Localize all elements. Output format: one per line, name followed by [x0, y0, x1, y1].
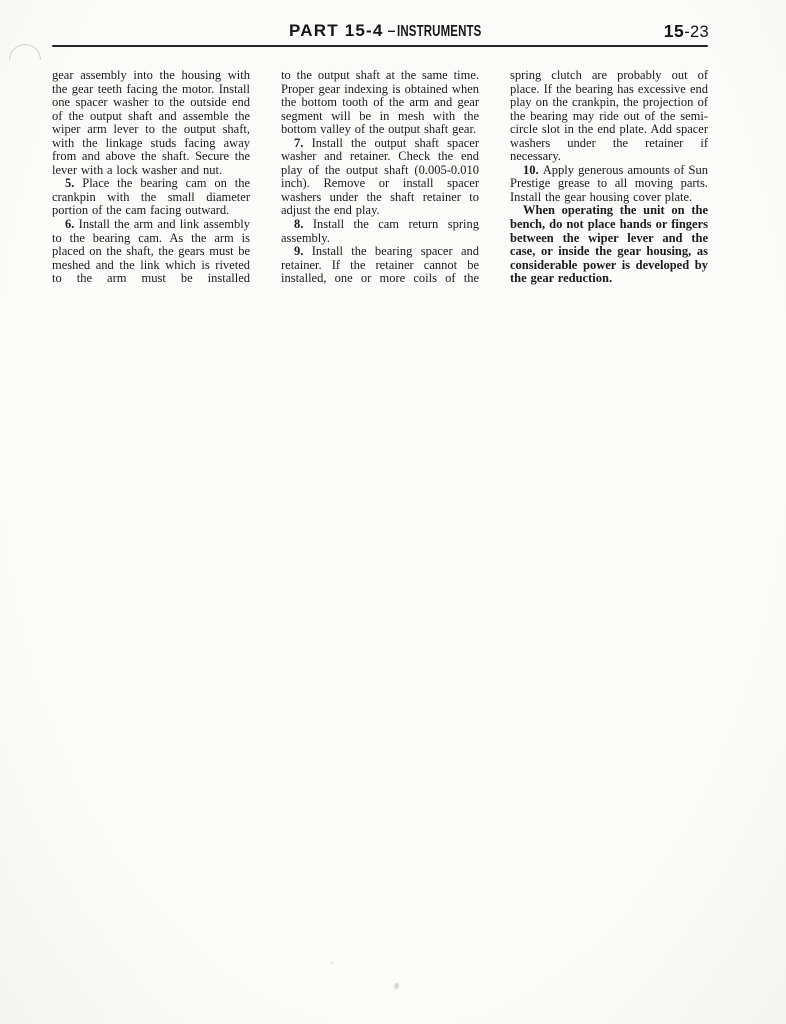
step-number: 10. — [523, 163, 543, 177]
paragraph-continuation: to the output shaft at the same time. Pr… — [281, 69, 479, 137]
step-number: 7. — [294, 136, 312, 150]
step-number: 6. — [65, 217, 79, 231]
part-number-label: PART 15-4 — [289, 21, 384, 40]
text-columns: gear assembly into the housing with the … — [52, 69, 708, 286]
manual-page: PART 15-4–INSTRUMENTS 15-23 gear assembl… — [0, 0, 786, 1024]
scan-speck — [394, 983, 399, 989]
section-label: INSTRUMENTS — [397, 23, 481, 41]
step-text: Place the bearing cam on the crankpin wi… — [52, 176, 250, 217]
scanned-page: { "header": { "part_label": "PART 15-4",… — [0, 0, 786, 1024]
page-header: PART 15-4–INSTRUMENTS 15-23 — [0, 0, 786, 50]
step-paragraph-8: 8.Install the cam return spring assembly… — [281, 218, 479, 245]
step-paragraph-7: 7.Install the output shaft spacer washer… — [281, 137, 479, 218]
step-number: 8. — [294, 217, 313, 231]
warning-text: When operating the unit on the bench, do… — [510, 203, 708, 285]
step-paragraph-5: 5.Place the bearing cam on the crankpin … — [52, 177, 250, 218]
step-paragraph-9: 9.Install the bearing spacer and retaine… — [281, 245, 479, 286]
page-number-page: -23 — [684, 23, 709, 41]
paragraph-continuation: gear assembly into the housing with the … — [52, 69, 250, 177]
step-number: 5. — [65, 176, 82, 190]
step-paragraph-6: 6.Install the arm and link assembly to t… — [52, 218, 250, 286]
paragraph-continuation: spring clutch are probably out of place.… — [510, 69, 708, 164]
column-1: gear assembly into the housing with the … — [52, 69, 250, 286]
column-2: to the output shaft at the same time. Pr… — [281, 69, 479, 286]
page-number-chapter: 15 — [664, 21, 684, 41]
paragraph-text: to the output shaft at the same time. Pr… — [281, 68, 479, 136]
scan-speck — [330, 962, 333, 964]
step-number: 9. — [294, 244, 312, 258]
paragraph-text: gear assembly into the housing with the … — [52, 68, 250, 177]
column-3: spring clutch are probably out of place.… — [510, 69, 708, 286]
step-text: Install the arm and link assembly to the… — [52, 217, 250, 285]
part-title: PART 15-4–INSTRUMENTS — [289, 21, 512, 41]
warning-paragraph: When operating the unit on the bench, do… — [510, 204, 708, 285]
step-paragraph-10: 10.Apply generous amounts of Sun Prestig… — [510, 164, 708, 205]
step-text: Install the output shaft spacer washer a… — [281, 136, 479, 218]
paragraph-text: spring clutch are probably out of place.… — [510, 68, 708, 163]
title-separator: – — [388, 22, 396, 38]
page-number: 15-23 — [664, 21, 709, 42]
